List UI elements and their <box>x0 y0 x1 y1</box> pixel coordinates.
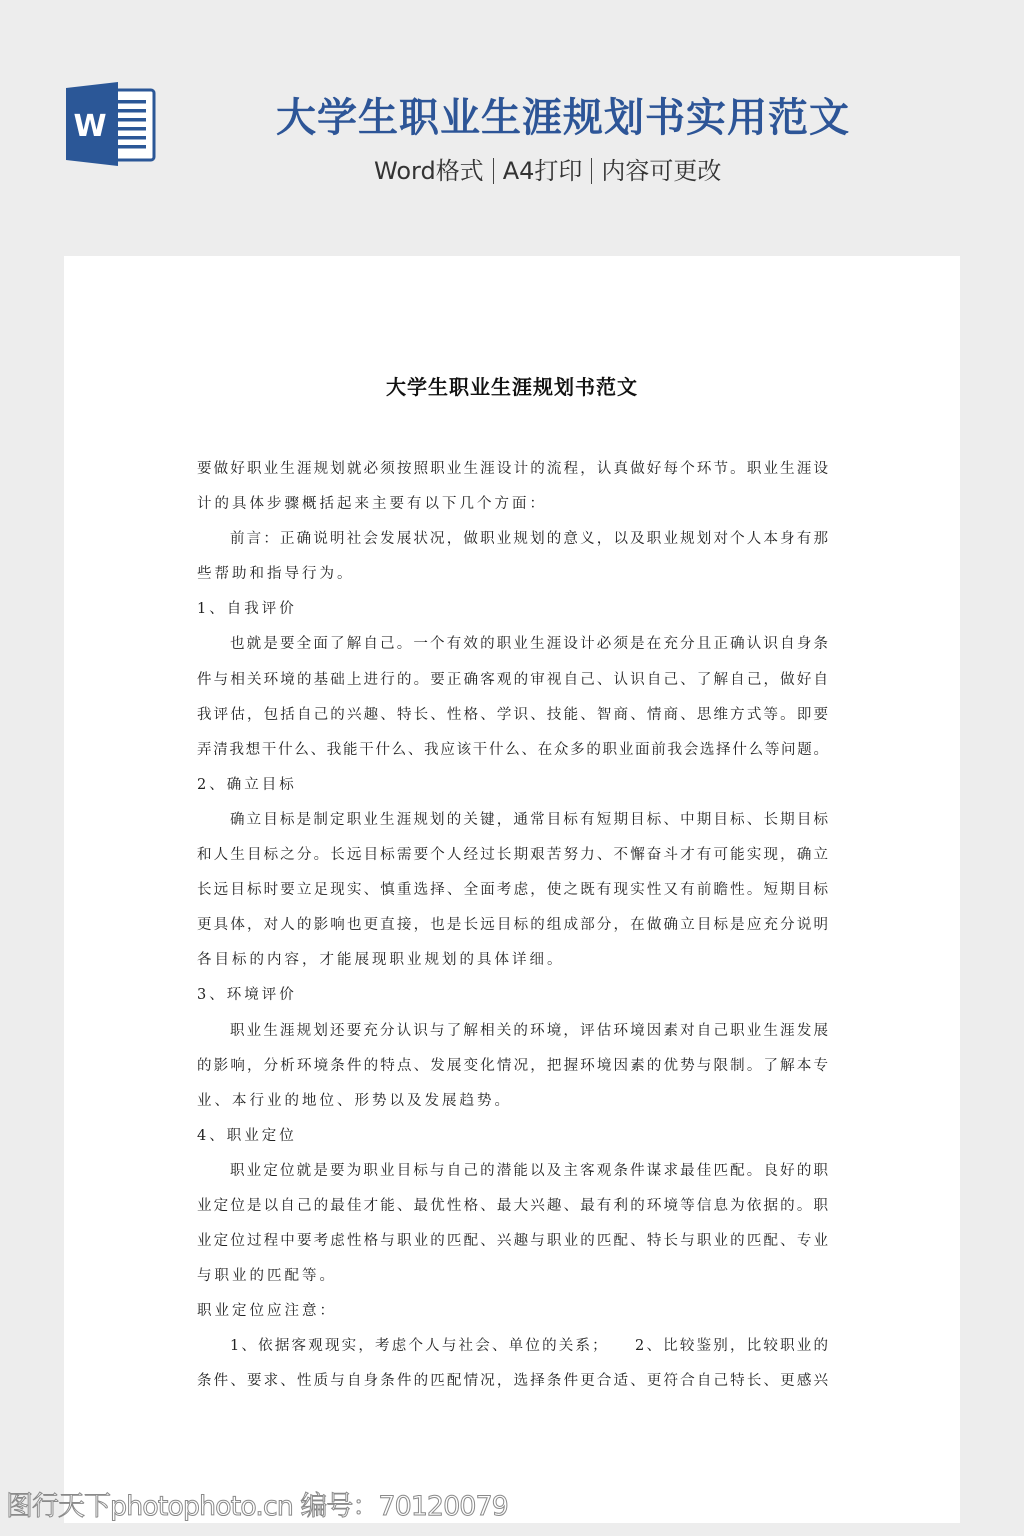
paragraph-line: 条件、要求、性质与自身条件的匹配情况，选择条件更合适、更符合自己特长、更感兴 <box>197 1364 828 1399</box>
word-document-icon: W <box>66 82 156 166</box>
paragraph-line: 业定位是以自己的最佳才能、最优性格、最大兴趣、最有利的环境等信息为依据的。职 <box>197 1189 828 1224</box>
paragraph-line: 件与相关环境的基础上进行的。要正确客观的审视自己、认识自己、了解自己，做好自 <box>197 663 828 698</box>
paragraph-line: 前言：正确说明社会发展状况，做职业规划的意义，以及职业规划对个人本身有那 <box>197 522 828 557</box>
paragraph-line: 业定位过程中要考虑性格与职业的匹配、兴趣与职业的匹配、特长与职业的匹配、专业 <box>197 1224 828 1259</box>
paragraph-line: 职业生涯规划还要充分认识与了解相关的环境，评估环境因素对自己职业生涯发展 <box>197 1014 828 1049</box>
subtitle-print: A4打印 <box>503 157 583 185</box>
section-heading: 2、确立目标 <box>197 768 828 803</box>
paragraph-line: 弄清我想干什么、我能干什么、我应该干什么、在众多的职业面前我会选择什么等问题。 <box>197 733 828 768</box>
section-heading: 1、自我评价 <box>197 592 828 627</box>
document-body: 要做好职业生涯规划就必须按照职业生涯设计的流程，认真做好每个环节。职业生涯设计的… <box>197 452 828 1400</box>
paragraph-line: 1、依据客观现实，考虑个人与社会、单位的关系； 2、比较鉴别，比较职业的 <box>197 1329 828 1364</box>
subtitle-divider <box>493 158 494 184</box>
watermark-text: 图行天下photophoto.cn 编号：70120079 <box>6 1490 508 1524</box>
paragraph-line: 和人生目标之分。长远目标需要个人经过长期艰苦努力、不懈奋斗才有可能实现，确立 <box>197 838 828 873</box>
paragraph-line: 也就是要全面了解自己。一个有效的职业生涯设计必须是在充分且正确认识自身条 <box>197 627 828 662</box>
header-subtitle: Word格式A4打印内容可更改 <box>374 154 721 188</box>
section-heading: 职业定位应注意： <box>197 1294 828 1329</box>
document-title: 大学生职业生涯规划书范文 <box>64 372 960 402</box>
subtitle-divider <box>591 158 592 184</box>
header-title: 大学生职业生涯规划书实用范文 <box>276 92 846 144</box>
paragraph-line: 更具体，对人的影响也更直接，也是长远目标的组成部分，在做确立目标是应充分说明 <box>197 908 828 943</box>
section-heading: 3、环境评价 <box>197 978 828 1013</box>
paragraph-line: 各目标的内容，才能展现职业规划的具体详细。 <box>197 943 828 978</box>
paragraph-line: 计的具体步骤概括起来主要有以下几个方面： <box>197 487 828 522</box>
paragraph-line: 业、本行业的地位、形势以及发展趋势。 <box>197 1084 828 1119</box>
paragraph-line: 职业定位就是要为职业目标与自己的潜能以及主客观条件谋求最佳匹配。良好的职 <box>197 1154 828 1189</box>
subtitle-format: Word格式 <box>374 157 484 185</box>
paragraph-line: 确立目标是制定职业生涯规划的关键，通常目标有短期目标、中期目标、长期目标 <box>197 803 828 838</box>
paragraph-line: 我评估，包括自己的兴趣、特长、性格、学识、技能、智商、情商、思维方式等。即要 <box>197 698 828 733</box>
subtitle-editable: 内容可更改 <box>601 157 721 185</box>
paragraph-line: 的影响，分析环境条件的特点、发展变化情况，把握环境因素的优势与限制。了解本专 <box>197 1049 828 1084</box>
paragraph-line: 要做好职业生涯规划就必须按照职业生涯设计的流程，认真做好每个环节。职业生涯设 <box>197 452 828 487</box>
document-page: 大学生职业生涯规划书范文 要做好职业生涯规划就必须按照职业生涯设计的流程，认真做… <box>64 256 960 1523</box>
paragraph-line: 长远目标时要立足现实、慎重选择、全面考虑，使之既有现实性又有前瞻性。短期目标 <box>197 873 828 908</box>
svg-text:W: W <box>73 109 106 144</box>
paragraph-line: 些帮助和指导行为。 <box>197 557 828 592</box>
page-header: W 大学生职业生涯规划书实用范文 Word格式A4打印内容可更改 <box>0 0 1024 256</box>
paragraph-line: 与职业的匹配等。 <box>197 1259 828 1294</box>
section-heading: 4、职业定位 <box>197 1119 828 1154</box>
